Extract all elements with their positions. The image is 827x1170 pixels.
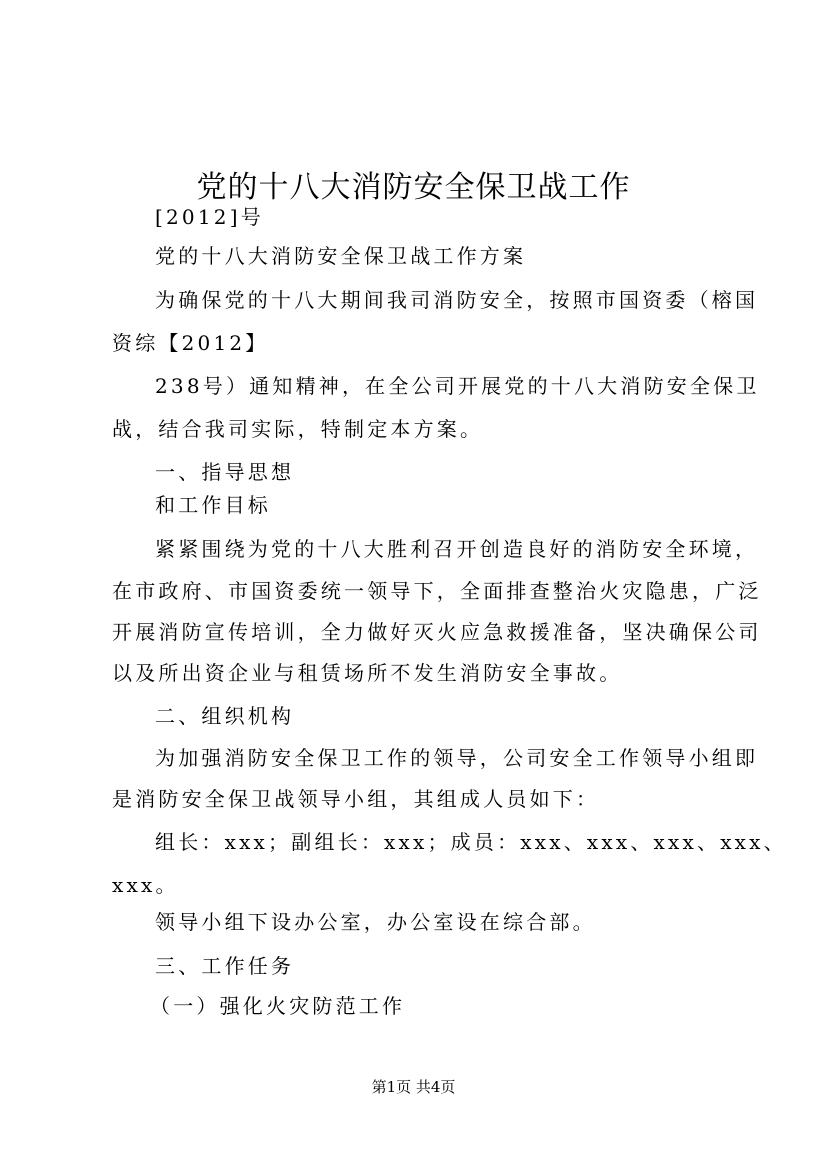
paragraph-line: 资综【2012】 [112,329,722,357]
paragraph-line: xxx。 [112,871,722,899]
paragraph-line: [2012]号 [155,203,765,231]
paragraph-line: 是消防安全保卫战领导小组，其组成人员如下： [112,785,722,813]
paragraph-line: 238号）通知精神，在全公司开展党的十八大消防安全保卫 [155,372,765,400]
paragraph-line: 组长：xxx；副组长：xxx；成员：xxx、xxx、xxx、xxx、 [155,828,765,856]
paragraph-line: 为确保党的十八大期间我司消防安全，按照市国资委（榕国 [155,286,765,314]
page-footer: 第1页 共4页 [0,1077,827,1097]
paragraph-line: 为加强消防安全保卫工作的领导，公司安全工作领导小组即 [155,744,765,772]
paragraph-line: 战，结合我司实际，特制定本方案。 [112,415,722,443]
paragraph-line: 以及所出资企业与租赁场所不发生消防安全事故。 [112,659,722,687]
paragraph-line: 领导小组下设办公室，办公室设在综合部。 [155,908,765,936]
paragraph-line: 二、组织机构 [155,702,765,730]
paragraph-line: 和工作目标 [155,491,765,519]
paragraph-line: 一、指导思想 [155,458,765,486]
document-page: 党的十八大消防安全保卫战工作 [2012]号党的十八大消防安全保卫战工作方案为确… [0,0,827,1170]
paragraph-line: 党的十八大消防安全保卫战工作方案 [155,242,765,270]
paragraph-line: 三、工作任务 [155,952,765,980]
paragraph-line: 在市政府、市国资委统一领导下，全面排查整治火灾隐患，广泛 [112,577,722,605]
paragraph-line: 紧紧围绕为党的十八大胜利召开创造良好的消防安全环境， [155,535,765,563]
paragraph-line: （一）强化火灾防范工作 [150,992,760,1020]
paragraph-line: 开展消防宣传培训，全力做好灭火应急救援准备，坚决确保公司 [112,618,722,646]
